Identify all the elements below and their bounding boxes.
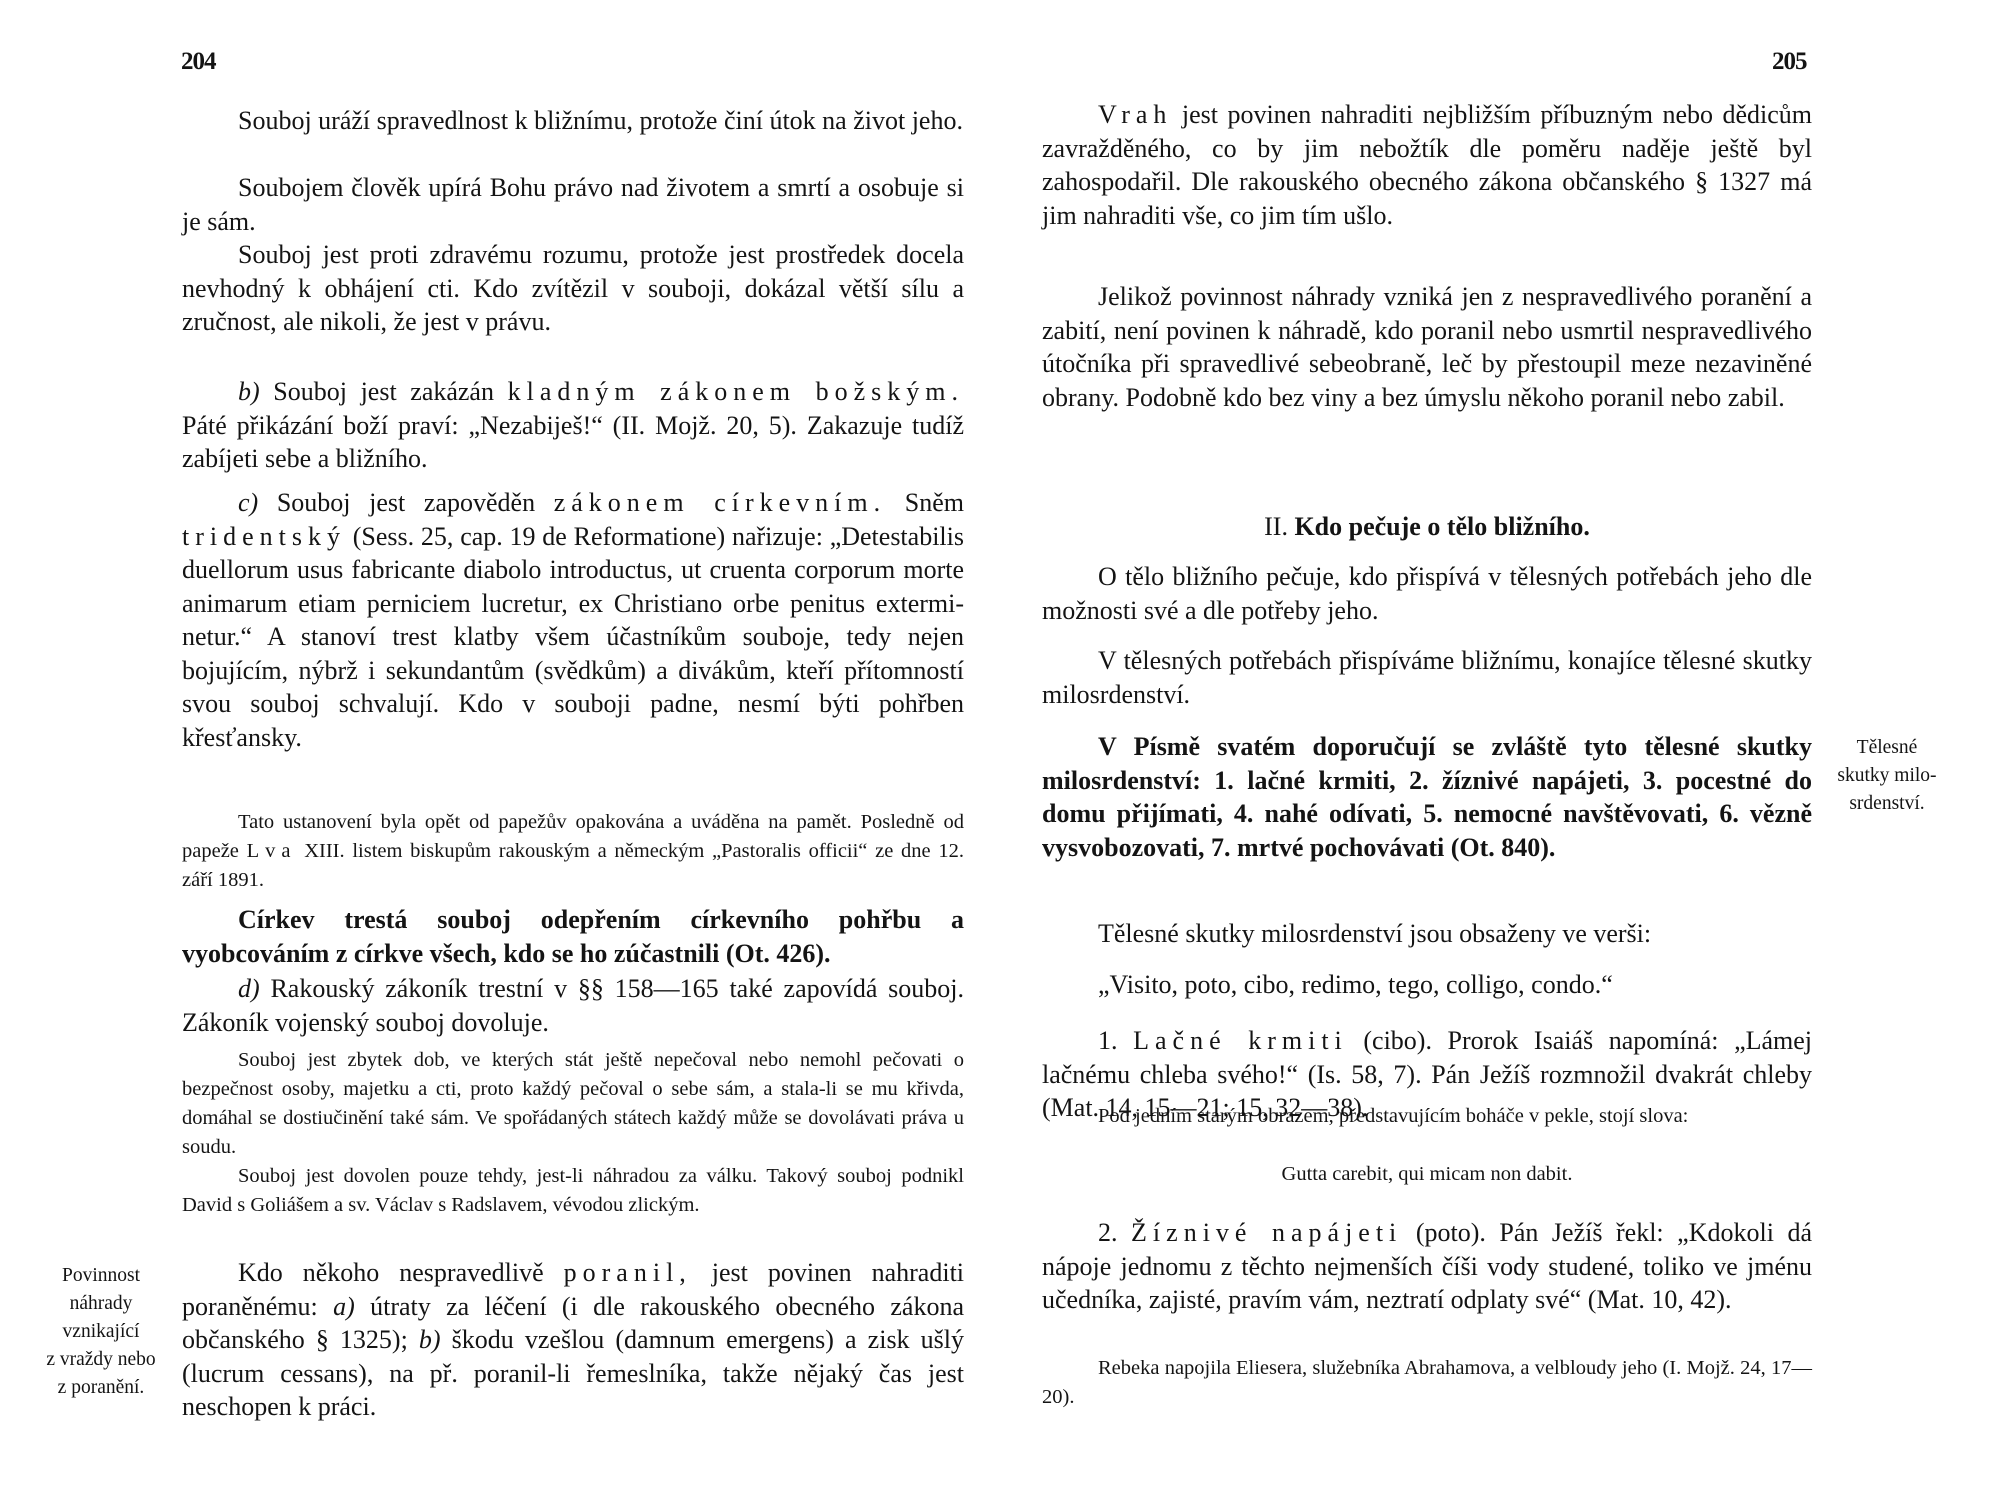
paragraph-b: b) Souboj jest zakázán kladným zákonem b…	[182, 375, 964, 476]
small-note: Rebeka napojila Eliesera, služebníka Abr…	[1042, 1354, 1812, 1412]
paragraph: 2. Žíznivé napájeti (poto). Pán Ježíš ře…	[1042, 1216, 1812, 1317]
left-page: 204 Souboj uráží spravedlnost k bližnímu…	[0, 0, 996, 1500]
right-page: 205 Vrah jest povinen nahraditi nejbližš…	[996, 0, 1992, 1500]
paragraph: Vrah jest povinen nahraditi nejbližším p…	[1042, 98, 1812, 232]
paragraph-c: c) Souboj jest zapověděn zákonem církevn…	[182, 486, 964, 754]
section-heading: II. Kdo pečuje o tělo bližního.	[1042, 510, 1812, 544]
small-note: Souboj jest dovolen pouze tehdy, jest-li…	[182, 1162, 964, 1220]
paragraph: Tělesné skutky milosrdenství jsou obsaže…	[1042, 917, 1812, 951]
margin-note: Tělesné skutky milo- srdenství.	[1816, 734, 1958, 818]
small-quote: Gutta carebit, qui micam non dabit.	[1042, 1160, 1812, 1189]
bold-statement: Církev trestá souboj odepřením církevníh…	[182, 903, 964, 970]
paragraph: V tělesných potřebách přispíváme bližním…	[1042, 644, 1812, 711]
paragraph: Souboj uráží spravedlnost k bližnímu, pr…	[182, 104, 964, 138]
paragraph: O tělo bližního pečuje, kdo přispívá v t…	[1042, 560, 1812, 627]
margin-note: Povinnost náhrady vznikající z vraždy ne…	[28, 1262, 174, 1402]
small-note: Tato ustanovení byla opět od papežův opa…	[182, 808, 964, 895]
small-note: Souboj jest zbytek dob, ve kterých stát …	[182, 1046, 964, 1162]
paragraph: Souboj jest proti zdravému rozumu, proto…	[182, 238, 964, 339]
paragraph: Soubojem člověk upírá Bohu právo nad živ…	[182, 171, 964, 238]
bold-statement: V Písmě svatém doporučují se zvláště tyt…	[1042, 730, 1812, 864]
paragraph: Kdo někoho nespravedlivě poranil, jest p…	[182, 1256, 964, 1424]
small-note: Pod jedním starým obrazem, představující…	[1042, 1102, 1812, 1131]
page-number: 204	[181, 48, 216, 76]
paragraph: Jelikož povinnost náhrady vzniká jen z n…	[1042, 280, 1812, 414]
page-number: 205	[1772, 48, 1807, 76]
verse: „Visito, poto, cibo, redimo, tego, colli…	[1042, 968, 1812, 1002]
paragraph-d: d) Rakouský zákoník trestní v §§ 158—165…	[182, 972, 964, 1039]
